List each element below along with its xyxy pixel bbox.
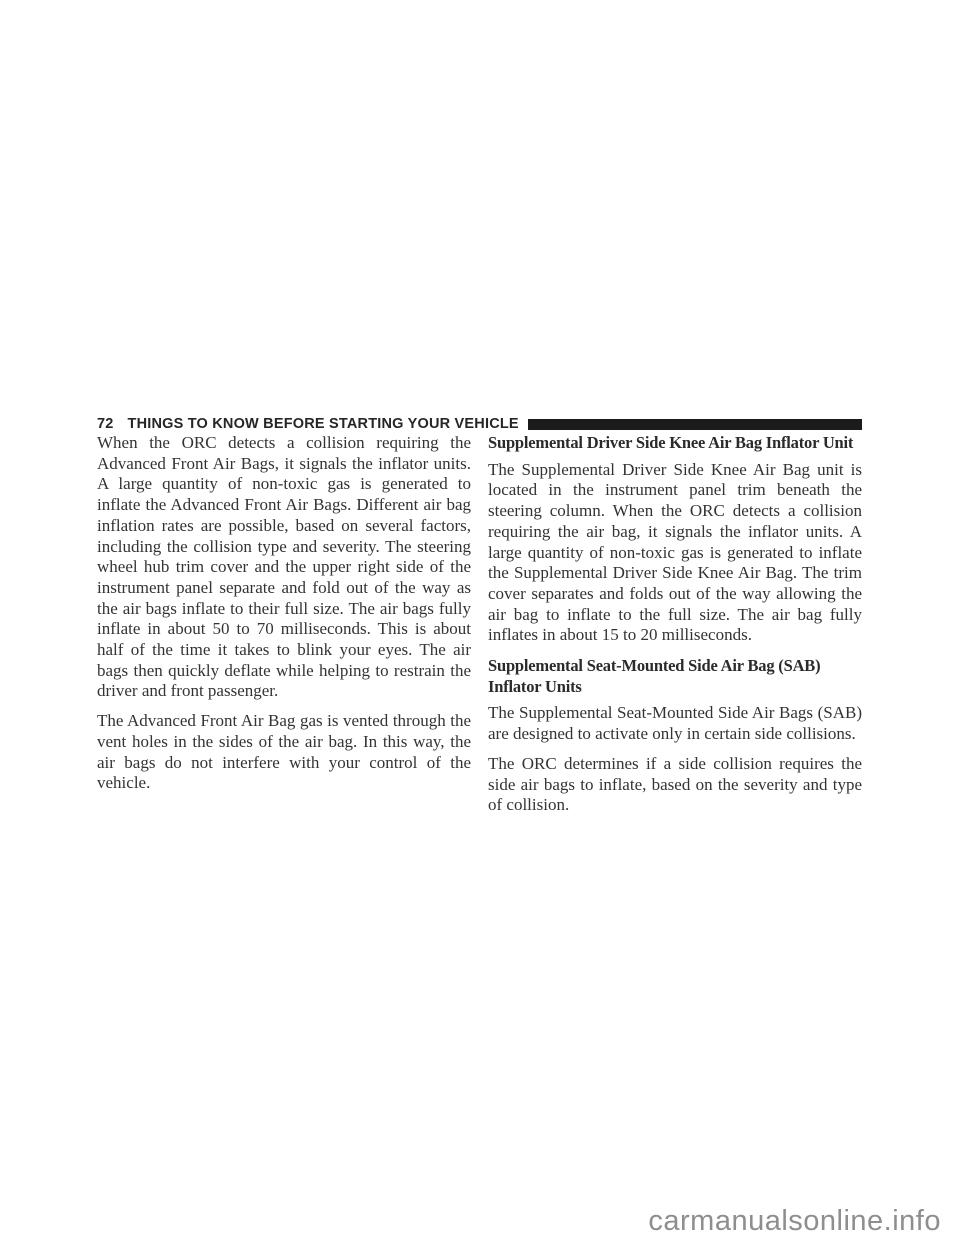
paragraph: The Advanced Front Air Bag gas is vented… (97, 711, 471, 794)
watermark-text: carmanualsonline.info (648, 1205, 941, 1238)
page-header: 72 THINGS TO KNOW BEFORE STARTING YOUR V… (97, 416, 862, 432)
section-heading: Supplemental Seat-Mounted Side Air Bag (… (488, 656, 862, 697)
header-rule-bar (528, 419, 862, 430)
header-title: THINGS TO KNOW BEFORE STARTING YOUR VEHI… (128, 416, 519, 432)
left-column: When the ORC detects a collision requiri… (97, 433, 471, 825)
paragraph: The Supplemental Seat-Mounted Side Air B… (488, 703, 862, 744)
paragraph: The Supplemental Driver Side Knee Air Ba… (488, 460, 862, 646)
section-seat-mounted-sab: Supplemental Seat-Mounted Side Air Bag (… (488, 656, 862, 816)
right-column: Supplemental Driver Side Knee Air Bag In… (488, 433, 862, 825)
text-columns: When the ORC detects a collision requiri… (97, 433, 862, 825)
page-number: 72 (97, 416, 114, 432)
section-driver-knee-airbag: Supplemental Driver Side Knee Air Bag In… (488, 433, 862, 646)
section-heading: Supplemental Driver Side Knee Air Bag In… (488, 433, 862, 454)
paragraph: When the ORC detects a collision requiri… (97, 433, 471, 702)
paragraph: The ORC determines if a side collision r… (488, 754, 862, 816)
